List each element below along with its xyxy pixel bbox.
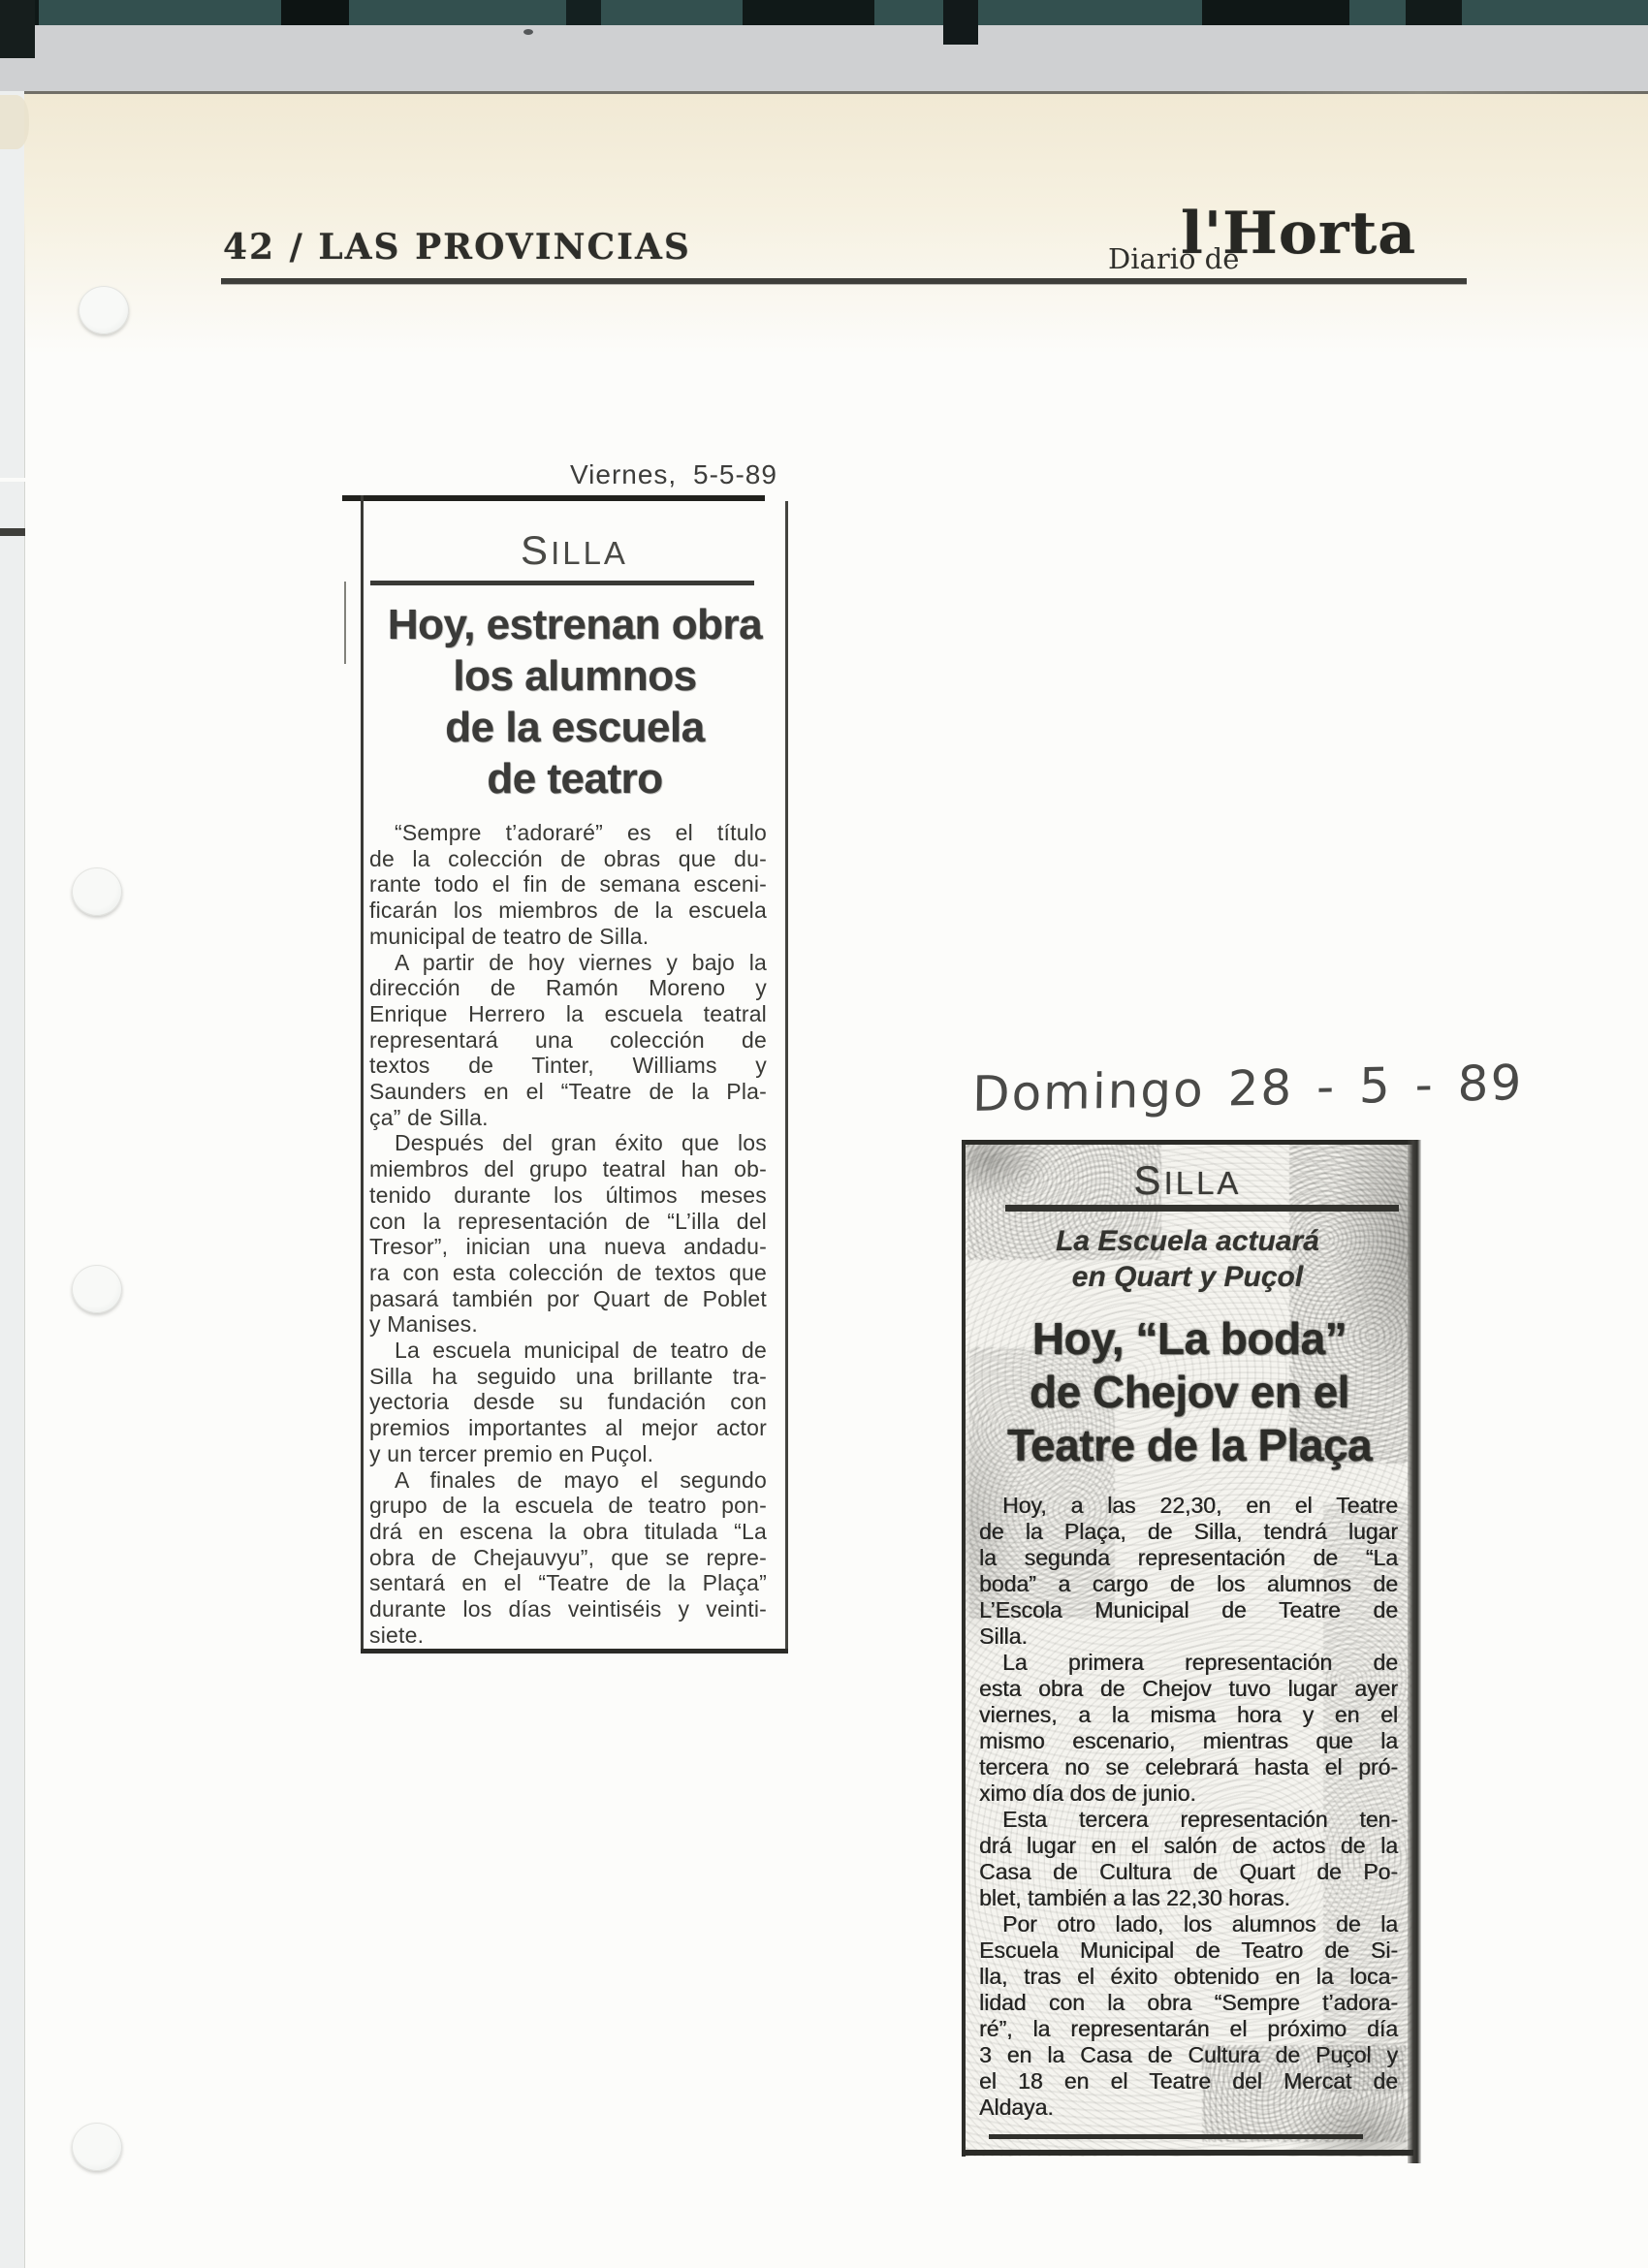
paragraph: A partir de hoy viernes y bajo ladirecci… — [369, 950, 767, 1131]
body-line: obra de Chejauvyu”, que se repre- — [369, 1545, 767, 1571]
clipping1-section-rule — [370, 581, 754, 585]
paragraph: La escuela municipal de teatro deSilla h… — [369, 1338, 767, 1467]
clipping2-torn-edge — [1408, 1140, 1421, 2163]
scanner-bed-bar-mark — [943, 0, 978, 45]
headline-line: Hoy, “La boda” — [967, 1312, 1411, 1366]
edge-scratch — [0, 478, 25, 482]
body-line: representará una colección de — [369, 1027, 767, 1054]
body-line: Esta tercera representación ten- — [979, 1807, 1398, 1833]
scanner-bed-strip — [0, 0, 1648, 25]
body-line: Por otro lado, los alumnos de la — [979, 1911, 1398, 1937]
body-line: Silla. — [979, 1623, 1398, 1650]
clipping2-border — [962, 1140, 1417, 1145]
clipping2-kicker: La Escuela actuaráen Quart y Puçol — [969, 1223, 1406, 1295]
body-line: Saunders en el “Teatre de la Pla- — [369, 1079, 767, 1105]
body-line: ficarán los miembros de la escuela — [369, 898, 767, 924]
body-line: ré”, la representarán el próximo día — [979, 2016, 1398, 2042]
masthead-lhorta-logo: l'Horta — [1181, 200, 1416, 268]
body-line: Silla ha seguido una brillante tra- — [369, 1364, 767, 1390]
clipping2-section-header: SILLA — [969, 1161, 1406, 1202]
paragraph: Esta tercera representación ten-drá luga… — [979, 1807, 1398, 1911]
body-line: lla, tras el éxito obtenido en la loca- — [979, 1964, 1398, 1990]
body-line: municipal de teatro de Silla. — [369, 924, 767, 950]
body-line: Tresor”, inician una nueva andadu- — [369, 1234, 767, 1260]
body-line: textos de Tinter, Williams y — [369, 1053, 767, 1079]
section-initial: S — [521, 527, 551, 573]
headline-line: de Chejov en el — [967, 1366, 1411, 1419]
body-line: durante los días veintiséis y veinti- — [369, 1596, 767, 1622]
body-line: “Sempre t’adoraré” es el título — [369, 820, 767, 846]
headline-line: Hoy, estrenan obra — [366, 599, 783, 650]
body-line: Casa de Cultura de Quart de Po- — [979, 1859, 1398, 1885]
body-line: rante todo el fin de semana esceni- — [369, 871, 767, 898]
body-line: viernes, a la misma hora y en el — [979, 1702, 1398, 1728]
paragraph: A finales de mayo el segundogrupo de la … — [369, 1467, 767, 1649]
paragraph: Hoy, a las 22,30, en el Teatrede la Plaç… — [979, 1493, 1398, 1650]
page-left-margin — [0, 91, 25, 2268]
body-line: Aldaya. — [979, 2095, 1398, 2121]
body-line: premios importantes al mejor actor — [369, 1415, 767, 1441]
edge-ink-mark — [0, 528, 25, 536]
paragraph: Por otro lado, los alumnos de laEscuela … — [979, 1911, 1398, 2121]
section-rest: ILLA — [551, 535, 628, 571]
body-line: mismo escenario, mientras que la — [979, 1728, 1398, 1754]
headline-line: Teatre de la Plaça — [967, 1419, 1411, 1472]
clipping1-body: “Sempre t’adoraré” es el títulode la col… — [369, 820, 767, 1649]
clipping1-section-header: SILLA — [364, 531, 785, 572]
masthead-rule — [221, 278, 1467, 284]
body-line: siete. — [369, 1622, 767, 1649]
clipping2-section-rule — [1005, 1205, 1399, 1212]
body-line: grupo de la escuela de teatro pon- — [369, 1493, 767, 1519]
section-initial: S — [1134, 1157, 1164, 1203]
headline-line: de la escuela — [366, 702, 783, 753]
body-line: blet, también a las 22,30 horas. — [979, 1885, 1398, 1911]
clipping1-date: Viernes, 5-5-89 — [570, 459, 777, 490]
body-line: La primera representación de — [979, 1650, 1398, 1676]
clipping2-border — [962, 1140, 966, 2157]
body-line: L’Escola Municipal de Teatre de — [979, 1597, 1398, 1623]
headline-line: los alumnos — [366, 650, 783, 702]
clipping2-handwritten-date: Domingo 28 - 5 - 89 — [972, 1055, 1524, 1122]
scanner-bed-corner-mark — [0, 0, 35, 58]
body-line: tenido durante los últimos meses — [369, 1182, 767, 1209]
body-line: Después del gran éxito que los — [369, 1130, 767, 1156]
paragraph: La primera representación deesta obra de… — [979, 1650, 1398, 1807]
body-line: ra con esta colección de textos que — [369, 1260, 767, 1286]
section-rest: ILLA — [1164, 1165, 1242, 1201]
headline-line: de teatro — [366, 753, 783, 804]
punch-hole — [72, 1265, 122, 1313]
body-line: y un tercer premio en Puçol. — [369, 1441, 767, 1467]
body-line: de la colección de obras que du- — [369, 846, 767, 872]
scanner-bed-dot — [523, 29, 533, 35]
clipping1-border — [785, 501, 788, 1654]
body-line: tercera no se celebrará hasta el pró- — [979, 1754, 1398, 1780]
body-line: esta obra de Chejov tuvo lugar ayer — [979, 1676, 1398, 1702]
body-line: miembros del grupo teatral han ob- — [369, 1156, 767, 1182]
page-top-edge-shadow — [24, 91, 1648, 94]
body-line: y Manises. — [369, 1311, 767, 1338]
clipping1-border — [342, 495, 765, 501]
body-line: A partir de hoy viernes y bajo la — [369, 950, 767, 976]
body-line: Escuela Municipal de Teatro de Si- — [979, 1937, 1398, 1964]
body-line: La escuela municipal de teatro de — [369, 1338, 767, 1364]
scanned-page: 42 / LAS PROVINCIAS Diario de l'Horta Vi… — [0, 0, 1648, 2268]
body-line: lidad con la obra “Sempre t’adora- — [979, 1990, 1398, 2016]
punch-hole — [72, 2123, 122, 2171]
body-line: Enrique Herrero la escuela teatral — [369, 1001, 767, 1027]
body-line: de la Plaça, de Silla, tendrá lugar — [979, 1519, 1398, 1545]
stray-pen-mark — [344, 582, 346, 664]
masthead-page-title: 42 / LAS PROVINCIAS — [223, 227, 691, 268]
clipping2-body: Hoy, a las 22,30, en el Teatrede la Plaç… — [979, 1493, 1398, 2121]
clipping1-border — [361, 495, 364, 1654]
clipping2-bottom-rule — [989, 2134, 1363, 2139]
paragraph: “Sempre t’adoraré” es el títulode la col… — [369, 820, 767, 950]
scanner-lid-band — [0, 25, 1648, 91]
body-line: pasará también por Quart de Poblet — [369, 1286, 767, 1312]
clipping2-headline: Hoy, “La boda”de Chejov en elTeatre de l… — [967, 1312, 1411, 1472]
tape-mark — [0, 95, 29, 149]
body-line: el 18 en el Teatre del Mercat de — [979, 2068, 1398, 2095]
body-line: dirección de Ramón Moreno y — [369, 975, 767, 1001]
body-line: ximo día dos de junio. — [979, 1780, 1398, 1807]
body-line: la segunda representación de “La — [979, 1545, 1398, 1571]
body-line: sentará en el “Teatre de la Plaça” — [369, 1570, 767, 1596]
body-line: A finales de mayo el segundo — [369, 1467, 767, 1494]
clipping2-border — [962, 2150, 1413, 2156]
body-line: 3 en la Casa de Cultura de Puçol y — [979, 2042, 1398, 2068]
body-line: ça” de Silla. — [369, 1105, 767, 1131]
clipping1-headline: Hoy, estrenan obralos alumnosde la escue… — [366, 599, 783, 804]
body-line: yectoria desde su fundación con — [369, 1389, 767, 1415]
body-line: boda” a cargo de los alumnos de — [979, 1571, 1398, 1597]
body-line: con la representación de “L’illa del — [369, 1209, 767, 1235]
headline-line: en Quart y Puçol — [969, 1259, 1406, 1295]
body-line: drá lugar en el salón de actos de la — [979, 1833, 1398, 1859]
headline-line: La Escuela actuará — [969, 1223, 1406, 1259]
punch-hole — [79, 286, 129, 334]
body-line: drá en escena la obra titulada “La — [369, 1519, 767, 1545]
punch-hole — [72, 867, 122, 916]
paragraph: Después del gran éxito que losmiembros d… — [369, 1130, 767, 1338]
clipping1-border — [361, 1649, 788, 1654]
body-line: Hoy, a las 22,30, en el Teatre — [979, 1493, 1398, 1519]
